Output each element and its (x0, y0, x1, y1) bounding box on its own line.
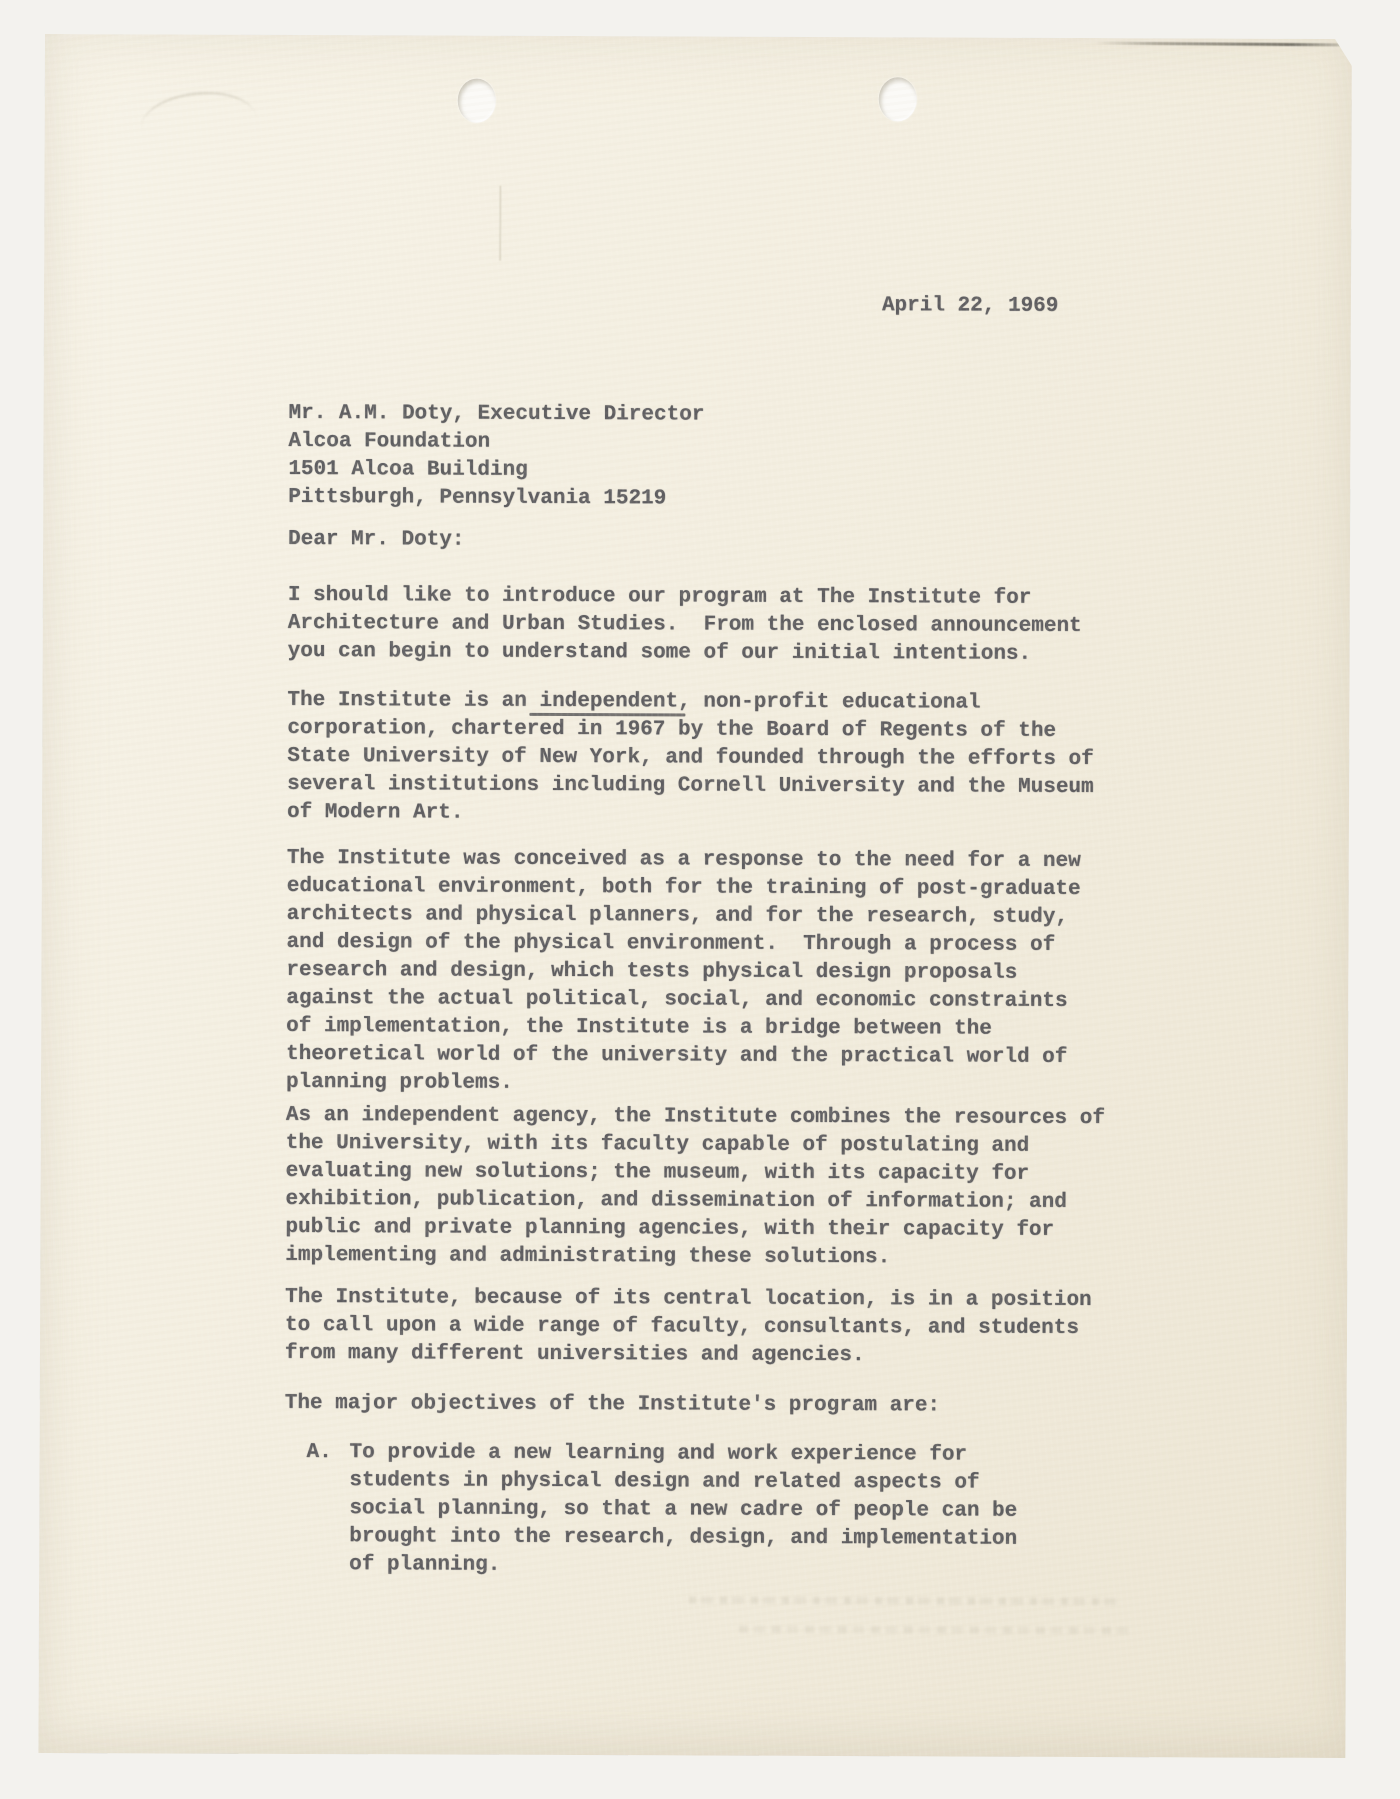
letter-body: April 22, 1969 Mr. A.M. Doty, Executive … (38, 34, 1352, 1758)
letter-date: April 22, 1969 (882, 292, 1059, 321)
letter-page: April 22, 1969 Mr. A.M. Doty, Executive … (38, 34, 1352, 1758)
paragraph-4: As an independent agency, the Institute … (285, 1102, 1105, 1273)
paragraph-5: The Institute, because of its central lo… (285, 1284, 1092, 1371)
ink-bleedthrough (739, 1626, 1134, 1635)
paragraph-3: The Institute was conceived as a respons… (286, 845, 1081, 1100)
paragraph-6: The major objectives of the Institute's … (285, 1390, 940, 1421)
list-item-text: To provide a new learning and work exper… (349, 1439, 1017, 1582)
recipient-address: Mr. A.M. Doty, Executive Director Alcoa … (288, 400, 704, 514)
scan-background: April 22, 1969 Mr. A.M. Doty, Executive … (0, 0, 1400, 1799)
list-marker: A. (306, 1439, 331, 1467)
salutation: Dear Mr. Doty: (288, 526, 465, 555)
paragraph-1: I should like to introduce our program a… (288, 582, 1082, 669)
paragraph-2: The Institute is an independent, non-pro… (287, 687, 1094, 830)
